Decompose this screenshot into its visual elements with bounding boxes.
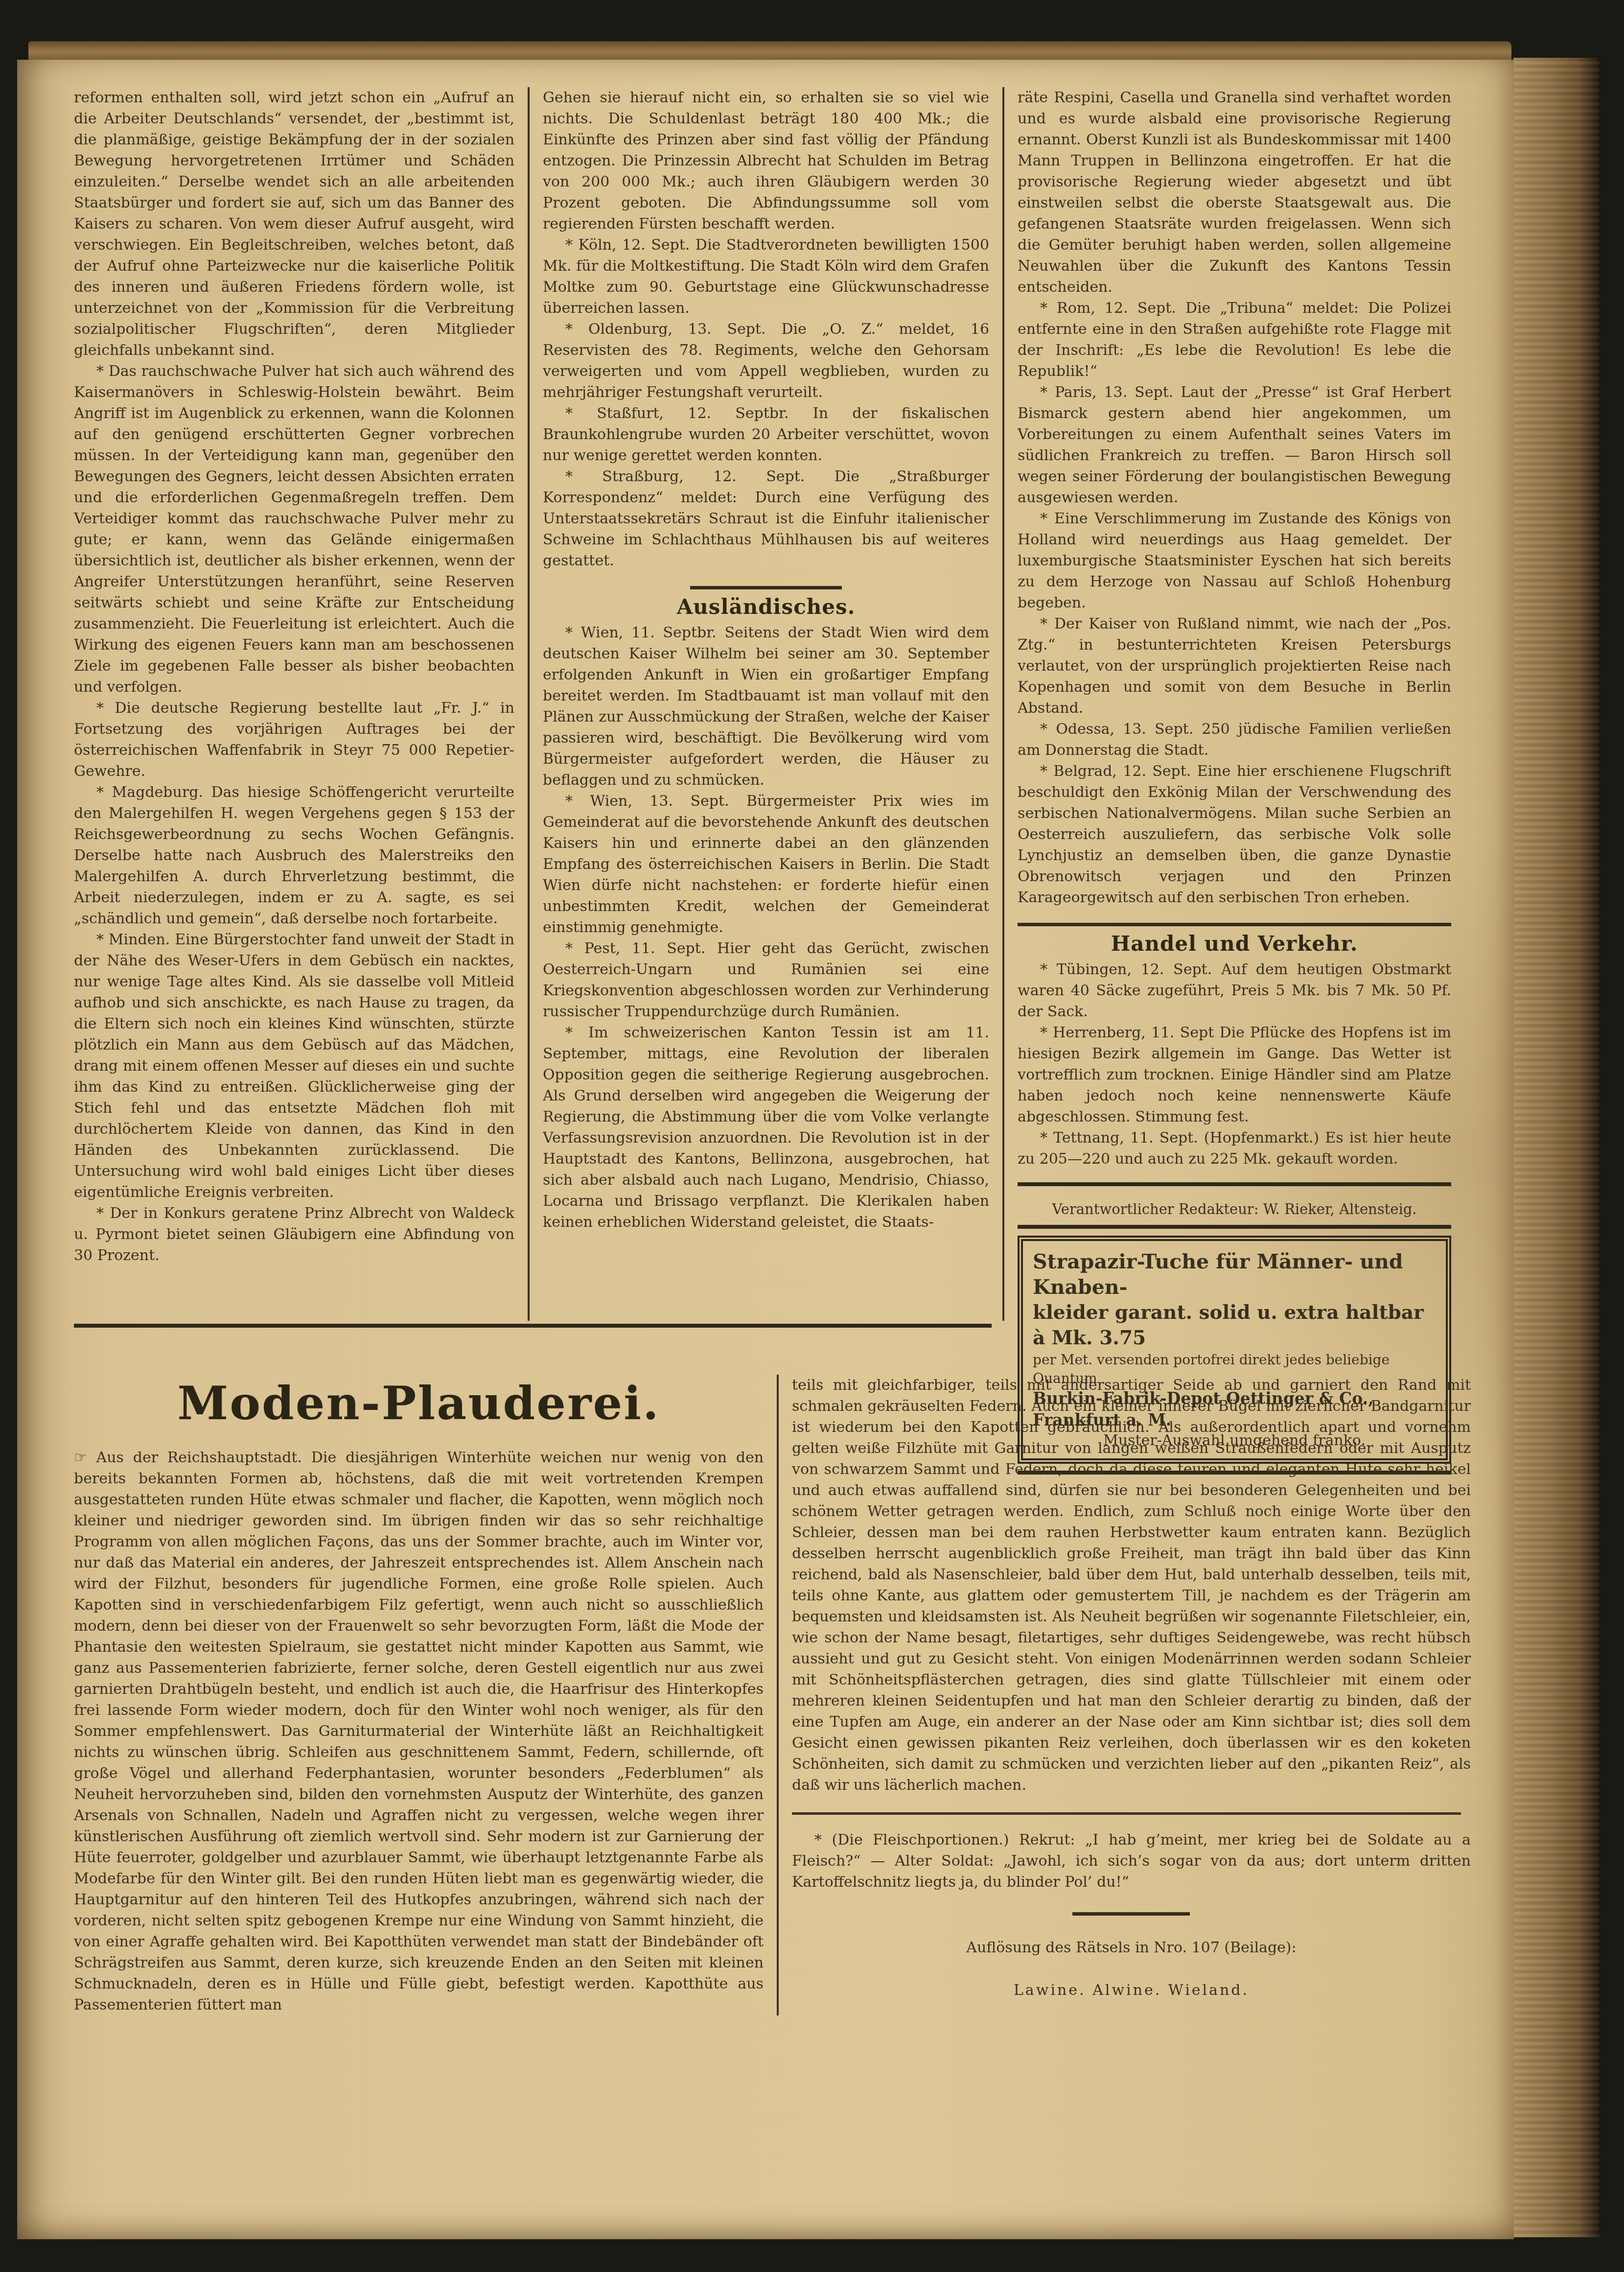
section-heading-auslaendisches: Ausländisches. xyxy=(543,596,989,617)
article-paragraph: * Eine Verschlimmerung im Zustande des K… xyxy=(1018,508,1451,613)
article-paragraph: * Pest, 11. Sept. Hier geht das Gerücht,… xyxy=(543,938,989,1022)
article-paragraph: * Köln, 12. Sept. Die Stadtverordneten b… xyxy=(543,234,989,319)
article-paragraph: * Wien, 13. Sept. Bürgermeister Prix wie… xyxy=(543,791,989,938)
section-rule xyxy=(1018,1225,1451,1229)
section-rule xyxy=(1018,923,1451,926)
column-divider-rule xyxy=(1002,87,1004,1321)
fashion-column-right: teils mit gleichfarbiger, teils mit ande… xyxy=(792,1375,1471,2015)
article-paragraph: * Im schweizerischen Kanton Tessin ist a… xyxy=(543,1022,989,1233)
article-paragraph: * Oldenburg, 13. Sept. Die „O. Z.“ melde… xyxy=(543,319,989,403)
responsible-editor-line: Verantwortlicher Redakteur: W. Rieker, A… xyxy=(1018,1199,1451,1220)
book-fore-edge xyxy=(1513,58,1601,2237)
article-paragraph: * Tettnang, 11. Sept. (Hopfenmarkt.) Es … xyxy=(1018,1127,1451,1170)
article-paragraph: * Tübingen, 12. Sept. Auf dem heutigen O… xyxy=(1018,959,1451,1022)
riddle-solution-heading: Auflösung des Rätsels in Nro. 107 (Beila… xyxy=(792,1937,1471,1958)
article-paragraph: * Straßburg, 12. Sept. Die „Straßburger … xyxy=(543,466,989,571)
section-rule xyxy=(1072,1912,1190,1916)
book-top-page-edge xyxy=(28,41,1511,60)
section-heading-handel-und-verkehr: Handel und Verkehr. xyxy=(1018,933,1451,954)
ad-text-line: kleider garant. solid u. extra haltbar à… xyxy=(1033,1300,1436,1351)
news-column-3: räte Respini, Casella und Granella sind … xyxy=(1018,87,1451,1321)
article-paragraph: * Das rauchschwache Pulver hat sich auch… xyxy=(74,361,514,698)
news-column-2: Gehen sie hierauf nicht ein, so erhalten… xyxy=(543,87,989,1321)
fashion-column-left: Moden-Plauderei. ☞ Aus der Reichshauptst… xyxy=(74,1375,764,2015)
section-rule xyxy=(1018,1182,1451,1186)
riddle-solution-text: Lawine. Alwine. Wieland. xyxy=(792,1980,1471,2001)
article-paragraph: * Herrenberg, 11. Sept Die Pflücke des H… xyxy=(1018,1022,1451,1127)
section-rule xyxy=(792,1812,1461,1815)
article-paragraph: * Die deutsche Regierung bestellte laut … xyxy=(74,698,514,782)
article-paragraph: * Minden. Eine Bürgerstochter fand unwei… xyxy=(74,929,514,1203)
news-section: reformen enthalten soll, wird jetzt scho… xyxy=(74,87,1471,1321)
article-paragraph: * Der Kaiser von Rußland nimmt, wie nach… xyxy=(1018,613,1451,719)
ad-text-line: Strapazir-Tuche für Männer- und Knaben- xyxy=(1033,1249,1436,1300)
fashion-paragraph: ☞ Aus der Reichshauptstadt. Die diesjähr… xyxy=(74,1447,764,2015)
column-divider-rule xyxy=(777,1375,779,2015)
article-paragraph: * Wien, 11. Septbr. Seitens der Stadt Wi… xyxy=(543,622,989,791)
article-paragraph: * Odessa, 13. Sept. 250 jüdische Familie… xyxy=(1018,719,1451,761)
news-column-1: reformen enthalten soll, wird jetzt scho… xyxy=(74,87,514,1321)
article-paragraph: * Belgrad, 12. Sept. Eine hier erschiene… xyxy=(1018,761,1451,908)
article-paragraph: * Paris, 13. Sept. Laut der „Presse“ ist… xyxy=(1018,382,1451,508)
feature-headline: Moden-Plauderei. xyxy=(74,1377,764,1430)
fashion-paragraph: teils mit gleichfarbiger, teils mit ande… xyxy=(792,1375,1471,1796)
article-paragraph: * Der in Konkurs geratene Prinz Albrecht… xyxy=(74,1203,514,1266)
feature-section: Moden-Plauderei. ☞ Aus der Reichshauptst… xyxy=(74,1375,1471,2015)
newspaper-page: reformen enthalten soll, wird jetzt scho… xyxy=(17,60,1514,2239)
article-paragraph: * Rom, 12. Sept. Die „Tribuna“ meldet: D… xyxy=(1018,298,1451,382)
joke-paragraph: * (Die Fleischportionen.) Rekrut: „I hab… xyxy=(792,1829,1471,1893)
page-section-divider-rule xyxy=(74,1324,992,1328)
column-divider-rule xyxy=(528,87,530,1321)
article-paragraph: Gehen sie hierauf nicht ein, so erhalten… xyxy=(543,87,989,234)
section-rule xyxy=(690,586,842,589)
article-paragraph: reformen enthalten soll, wird jetzt scho… xyxy=(74,87,514,361)
article-paragraph: räte Respini, Casella und Granella sind … xyxy=(1018,87,1451,298)
article-paragraph: * Staßfurt, 12. Septbr. In der fiskalisc… xyxy=(543,403,989,466)
photographed-book-page: { "top_section": { "col1": { "paragraphs… xyxy=(0,0,1624,2272)
article-paragraph: * Magdeburg. Das hiesige Schöffengericht… xyxy=(74,782,514,929)
